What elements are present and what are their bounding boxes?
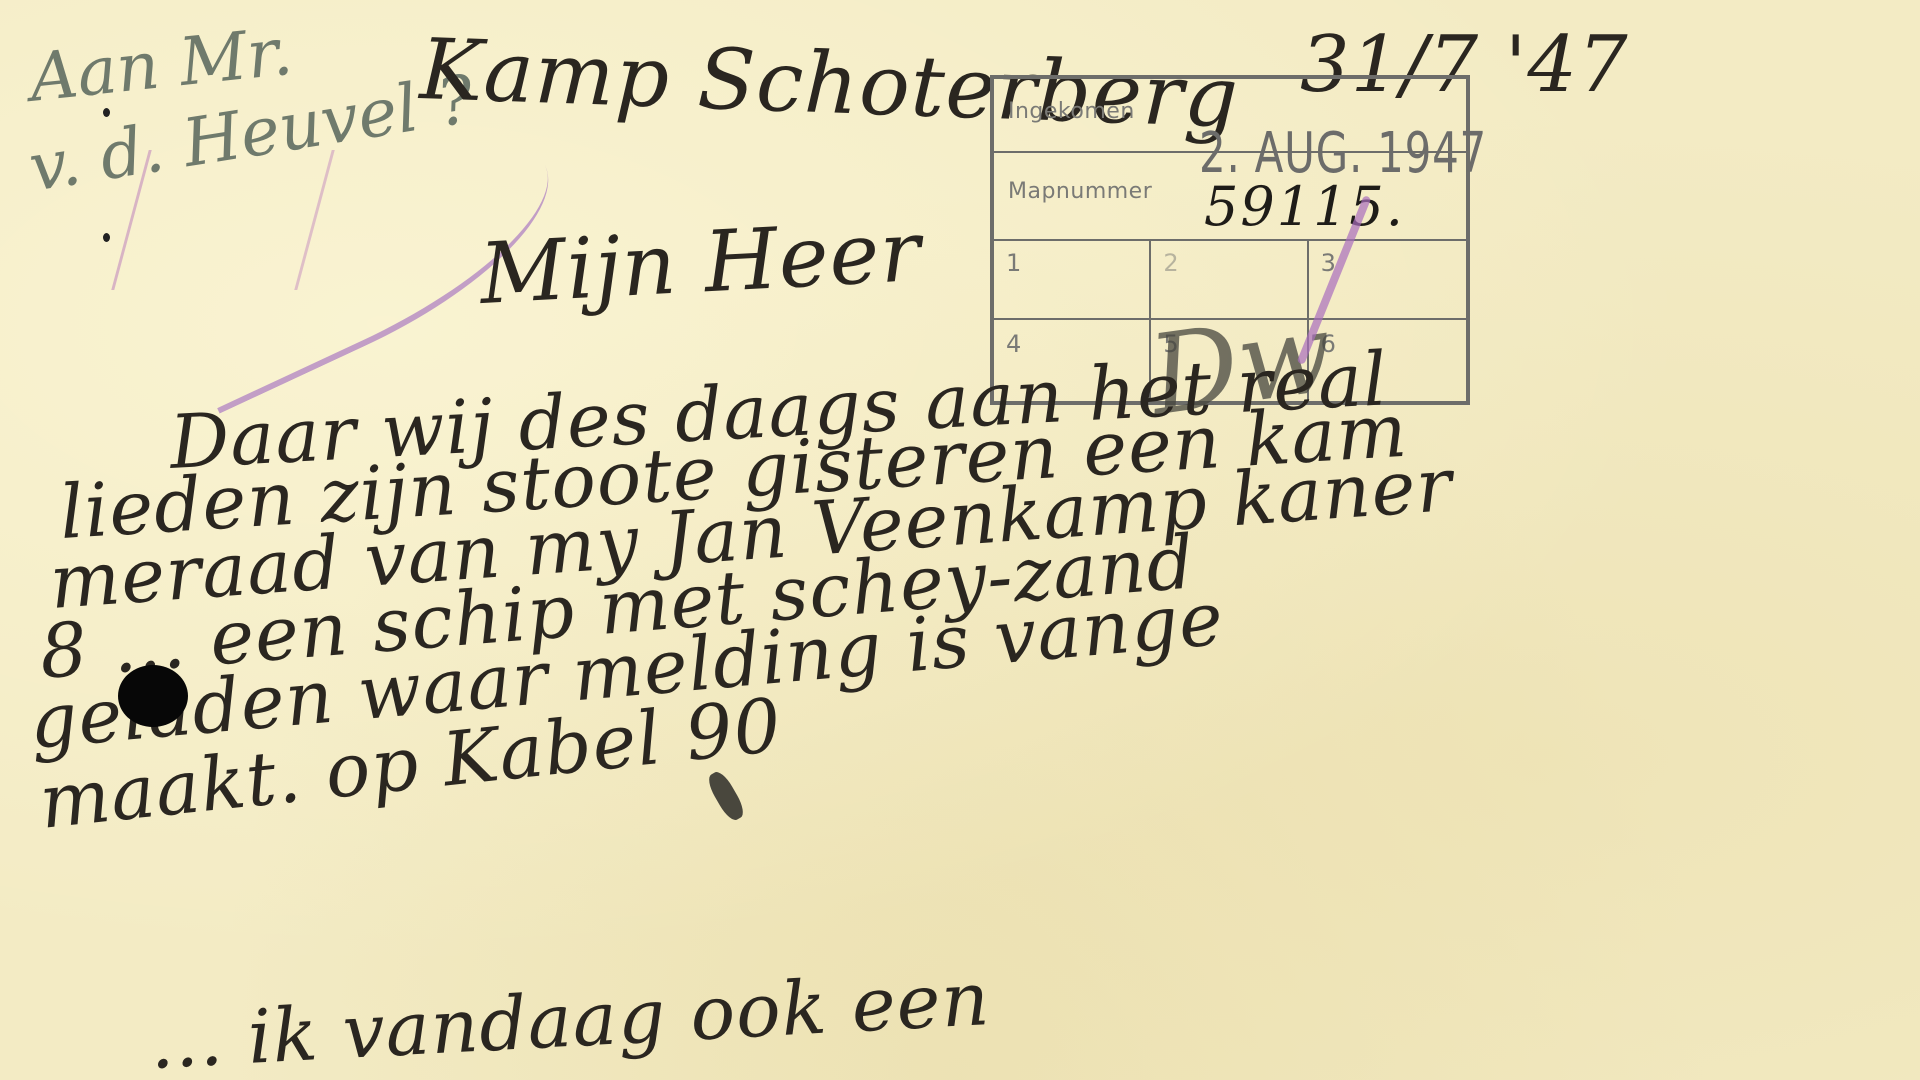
ink-speck: [103, 233, 110, 242]
stamp-received-label: Ingekomen: [1008, 99, 1135, 124]
stamp-map-number-value: 59115.: [1204, 175, 1405, 238]
ink-speck: [103, 108, 110, 117]
stamp-map-number-label: Mapnummer: [1008, 179, 1152, 204]
punch-hole: [118, 665, 188, 727]
stamp-cell: 1: [994, 239, 1151, 320]
